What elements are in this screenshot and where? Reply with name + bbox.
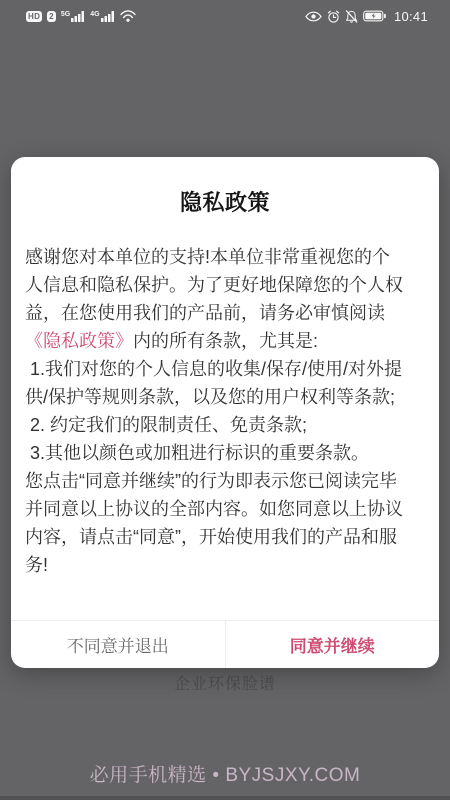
policy-intro-after-text: 内的所有条款，尤其是: bbox=[133, 331, 318, 351]
clock-time: 10:41 bbox=[394, 9, 428, 24]
policy-body-text: 感谢您对本单位的支持!本单位非常重视您的个 人信息和隐私保护。为了更好地保障您的… bbox=[11, 243, 439, 620]
hd-volte-badge: HD bbox=[26, 11, 42, 22]
bottom-edge-strip bbox=[0, 796, 450, 800]
privacy-policy-dialog: 隐私政策 感谢您对本单位的支持!本单位非常重视您的个 人信息和隐私保护。为了更好… bbox=[11, 157, 439, 668]
eye-comfort-icon bbox=[305, 11, 322, 22]
policy-item-1: 1.我们对您的个人信息的收集/保存/使用/对外提 供/保护等规则条款，以及您的用… bbox=[25, 359, 402, 407]
signal-4g: 4G bbox=[90, 10, 114, 22]
network-type-label-2: 4G bbox=[90, 11, 99, 18]
privacy-policy-link[interactable]: 《隐私政策》 bbox=[25, 331, 133, 351]
policy-outro-text: 您点击“同意并继续”的行为即表示您已阅读完毕 并同意以上协议的全部内容。如您同意… bbox=[25, 471, 403, 575]
signal-bars-icon bbox=[101, 10, 115, 22]
status-left-cluster: HD 2 5G 4G bbox=[26, 10, 136, 22]
policy-intro-text: 感谢您对本单位的支持!本单位非常重视您的个 人信息和隐私保护。为了更好地保障您的… bbox=[25, 247, 403, 323]
dialog-title: 隐私政策 bbox=[11, 191, 439, 215]
agree-continue-button[interactable]: 同意并继续 bbox=[226, 621, 440, 668]
wifi-icon bbox=[120, 10, 136, 22]
bell-muted-icon bbox=[345, 10, 358, 23]
sim2-badge: 2 bbox=[47, 11, 56, 22]
policy-item-2: 2. 约定我们的限制责任、免责条款; bbox=[25, 415, 307, 435]
signal-5g: 5G bbox=[61, 10, 85, 22]
signal-bars-icon bbox=[71, 10, 85, 22]
policy-item-3: 3.其他以颜色或加粗进行标识的重要条款。 bbox=[25, 443, 369, 463]
disagree-exit-button[interactable]: 不同意并退出 bbox=[11, 621, 225, 668]
phone-screen: HD 2 5G 4G bbox=[0, 0, 450, 800]
status-right-cluster: 10:41 bbox=[305, 9, 428, 24]
status-bar: HD 2 5G 4G bbox=[0, 0, 450, 30]
network-type-label-1: 5G bbox=[61, 11, 70, 18]
alarm-clock-icon bbox=[327, 10, 340, 23]
battery-charging-icon bbox=[363, 10, 386, 22]
dialog-button-row: 不同意并退出 同意并继续 bbox=[11, 620, 439, 668]
footer-watermark: 必用手机精选 • BYJSJXY.COM bbox=[0, 764, 450, 788]
background-app-title: 企业环保脸谱 bbox=[0, 671, 450, 694]
